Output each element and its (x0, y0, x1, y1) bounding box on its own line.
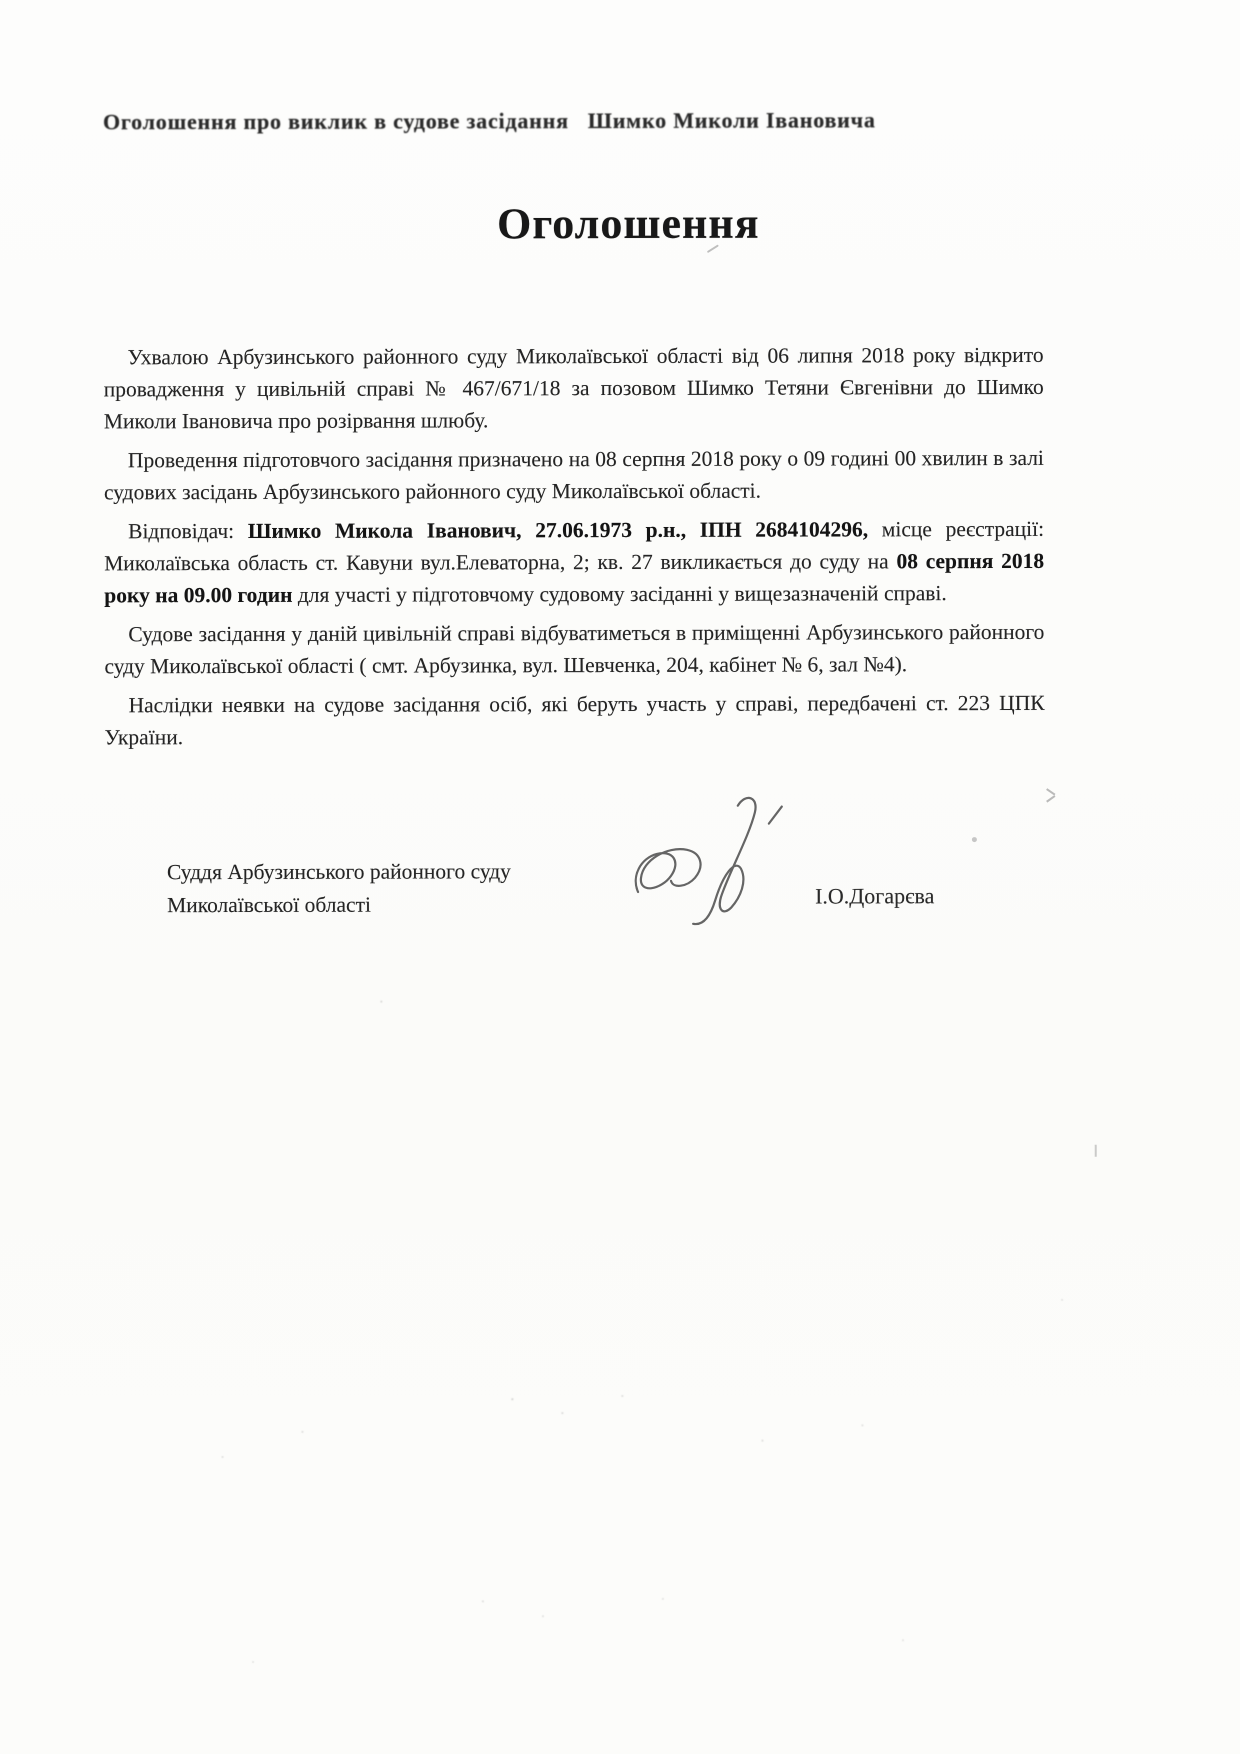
summons-purpose: для участі у підготовчому судовому засід… (292, 581, 946, 607)
scan-artifact (1046, 788, 1055, 795)
paragraph-defendant: Відповідач: Шимко Микола Іванович, 27.06… (104, 513, 1044, 611)
scan-artifact (1046, 795, 1055, 802)
scan-artifact (1095, 1145, 1097, 1157)
defendant-name-and-id: Шимко Микола Іванович, 27.06.1973 р.н., … (248, 517, 868, 543)
scanned-document-page: Оголошення про виклик в судове засідання… (0, 0, 1240, 1754)
scan-artifact (972, 837, 977, 842)
page-title: Оголошення (8, 196, 1240, 250)
document-header-line: Оголошення про виклик в судове засідання… (103, 107, 1023, 135)
handwritten-signature (626, 788, 791, 933)
document-content: Оголошення про виклик в судове засідання… (0, 0, 1240, 1754)
paragraph-consequences: Наслідки неявки на судове засідання осіб… (105, 687, 1045, 753)
judge-name: І.О.Догарєва (815, 883, 934, 909)
judge-title-block: Суддя Арбузинського районного суду Микол… (167, 855, 511, 922)
document-body: Ухвалою Арбузинського районного суду Мик… (104, 339, 1045, 760)
paragraph-court-location: Судове засідання у даній цивільній справ… (104, 616, 1044, 682)
paragraph-hearing-schedule: Проведення підготовчого засідання призна… (104, 442, 1044, 508)
judge-title-line1: Суддя Арбузинського районного суду (167, 855, 511, 889)
defendant-label: Відповідач: (128, 519, 248, 543)
paragraph-court-ruling: Ухвалою Арбузинського районного суду Мик… (104, 339, 1044, 437)
judge-title-line2: Миколаївської області (167, 888, 511, 922)
